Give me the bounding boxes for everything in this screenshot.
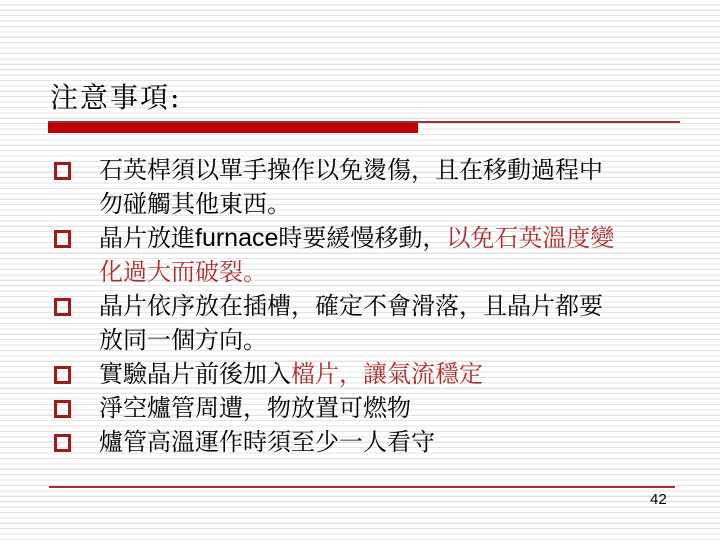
bullet-text-segment: 實驗晶片前後加入: [99, 360, 291, 388]
slide-title: 注意事項:: [50, 76, 181, 116]
bullet-text-segment: 勿碰觸其他東西。: [99, 190, 291, 218]
bullet-text: 實驗晶片前後加入檔片，讓氣流穩定: [99, 357, 483, 391]
bullet-text-segment: 淨空爐管周遭，物放置可燃物: [99, 394, 411, 422]
bullet-item: 爐管高溫運作時須至少一人看守: [54, 425, 694, 459]
bullet-text: 晶片依序放在插槽，確定不會滑落，且晶片都要放同一個方向。: [99, 289, 603, 357]
bullet-text-red-segment: 檔片，讓氣流穩定: [291, 360, 483, 388]
bullet-text-segment: 晶片依序放在插槽，確定不會滑落，且晶片都要: [99, 292, 603, 320]
bullet-item: 晶片放進furnace時要緩慢移動，以免石英溫度變化過大而破裂。: [54, 221, 694, 289]
bullet-line: 放同一個方向。: [99, 323, 603, 357]
bullet-item: 實驗晶片前後加入檔片，讓氣流穩定: [54, 357, 694, 391]
bullet-item: 石英桿須以單手操作以免燙傷，且在移動過程中勿碰觸其他東西。: [54, 153, 694, 221]
bullet-text-segment: 石英桿須以單手操作以免燙傷，且在移動過程中: [99, 156, 603, 184]
bullet-line: 實驗晶片前後加入檔片，讓氣流穩定: [99, 357, 483, 391]
bullet-square-icon: [54, 400, 71, 418]
bullet-text-segment: furnace: [195, 224, 278, 252]
bullet-list: 石英桿須以單手操作以免燙傷，且在移動過程中勿碰觸其他東西。晶片放進furnace…: [54, 153, 694, 459]
bullet-text: 爐管高溫運作時須至少一人看守: [99, 425, 435, 459]
bullet-text: 晶片放進furnace時要緩慢移動，以免石英溫度變化過大而破裂。: [99, 221, 614, 289]
slide: 注意事項: 石英桿須以單手操作以免燙傷，且在移動過程中勿碰觸其他東西。晶片放進f…: [0, 0, 720, 540]
bullet-line: 石英桿須以單手操作以免燙傷，且在移動過程中: [99, 153, 603, 187]
bullet-line: 晶片依序放在插槽，確定不會滑落，且晶片都要: [99, 289, 603, 323]
bullet-text-segment: 爐管高溫運作時須至少一人看守: [99, 428, 435, 456]
bullet-line: 晶片放進furnace時要緩慢移動，以免石英溫度變: [99, 221, 614, 255]
bullet-square-icon: [54, 366, 71, 384]
bullet-item: 晶片依序放在插槽，確定不會滑落，且晶片都要放同一個方向。: [54, 289, 694, 357]
bullet-item: 淨空爐管周遭，物放置可燃物: [54, 391, 694, 425]
footer-divider: [49, 486, 675, 488]
bullet-text-red-segment: 化過大而破裂。: [99, 258, 267, 286]
bullet-text-segment: 時要緩慢移動，: [278, 224, 446, 252]
bullet-text-segment: 放同一個方向。: [99, 326, 267, 354]
bullet-text-red-segment: 以免石英溫度變: [446, 224, 614, 252]
bullet-square-icon: [54, 434, 71, 452]
page-number: 42: [650, 491, 667, 508]
bullet-text: 石英桿須以單手操作以免燙傷，且在移動過程中勿碰觸其他東西。: [99, 153, 603, 221]
bullet-square-icon: [54, 230, 71, 248]
bullet-square-icon: [54, 162, 71, 180]
title-accent-bar: [48, 123, 418, 133]
bullet-line: 化過大而破裂。: [99, 255, 614, 289]
bullet-line: 勿碰觸其他東西。: [99, 187, 603, 221]
bullet-square-icon: [54, 298, 71, 316]
bullet-line: 淨空爐管周遭，物放置可燃物: [99, 391, 411, 425]
bullet-text-segment: 晶片放進: [99, 224, 195, 252]
bullet-text: 淨空爐管周遭，物放置可燃物: [99, 391, 411, 425]
bullet-line: 爐管高溫運作時須至少一人看守: [99, 425, 435, 459]
